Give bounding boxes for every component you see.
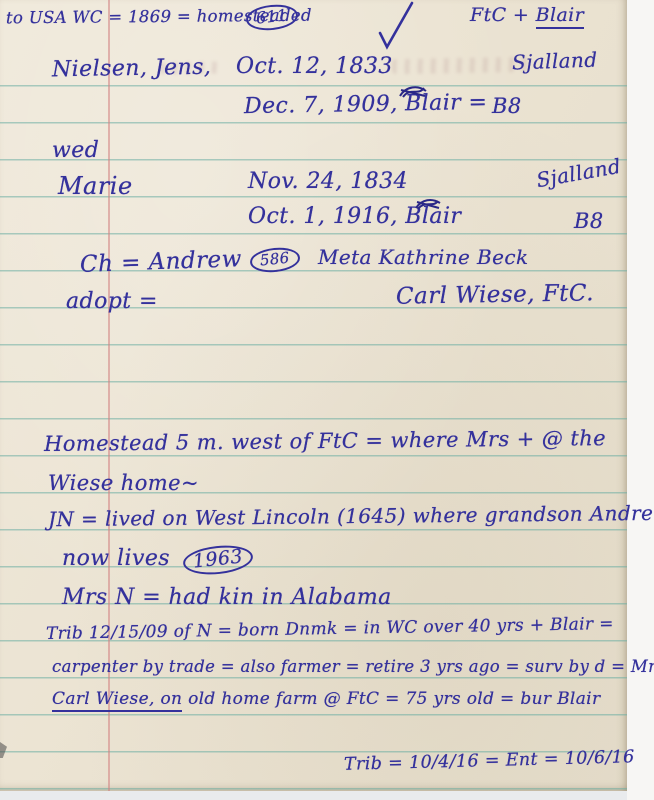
notebook-paper: to USA WC = 1869 = homesteaded 611 FtC +… — [0, 0, 627, 791]
note-alabama: Mrs N = had kin in Alabama — [62, 586, 392, 610]
note-places-prefix: FtC + — [470, 4, 536, 26]
husband-birth-place: Sjalland — [512, 49, 598, 74]
wife-name: Marie — [58, 173, 133, 199]
wed-label: wed — [52, 139, 99, 163]
note-obit-line3: Carl Wiese, on old home farm @ FtC = 75 … — [52, 690, 600, 709]
note-obit-line3-underlined: Carl Wiese, on — [52, 689, 182, 712]
note-obit-line3-rest: old home farm @ FtC = 75 yrs old = bur B… — [182, 689, 600, 709]
husband-birth-date: Oct. 12, 1833 — [236, 55, 393, 79]
ink-bleed-through — [392, 57, 530, 74]
note-obit-line2: carpenter by trade = also farmer = retir… — [52, 658, 654, 676]
note-homestead-line2: Wiese home~ — [48, 472, 199, 495]
note-places-underlined: Blair — [536, 4, 584, 29]
checkmark-icon — [372, 0, 418, 56]
scanner-background-bottom — [0, 791, 627, 800]
scanner-background-right — [627, 0, 654, 800]
circled-ref-586-value: 586 — [249, 245, 301, 274]
scribbled-out-word — [398, 84, 428, 104]
adopt-label: adopt = — [66, 290, 158, 314]
wife-ref: B8 — [574, 210, 604, 233]
circled-year-1963: 1963 — [182, 542, 255, 577]
circled-ref-611: 611 — [246, 5, 298, 30]
note-lincoln-line2-text: now lives — [62, 546, 170, 571]
note-places: FtC + Blair — [470, 5, 584, 26]
note-lincoln-line2: now lives 1963 — [62, 546, 254, 574]
husband-death-date: Dec. 7, 1909, Blair = — [244, 91, 488, 119]
husband-name: Nielsen, Jens, — [52, 56, 212, 83]
husband-ref: B8 — [492, 95, 522, 118]
wife-birth-date: Nov. 24, 1834 — [248, 170, 408, 194]
circled-ref-586: 586 — [250, 248, 300, 272]
circled-ref-611-value: 611 — [245, 2, 299, 32]
scanned-notebook-page: to USA WC = 1869 = homesteaded 611 FtC +… — [0, 0, 654, 800]
child-spouse: Meta Kathrine Beck — [318, 246, 529, 268]
adopt-name: Carl Wiese, FtC. — [396, 281, 594, 310]
scribbled-out-word — [414, 197, 442, 216]
